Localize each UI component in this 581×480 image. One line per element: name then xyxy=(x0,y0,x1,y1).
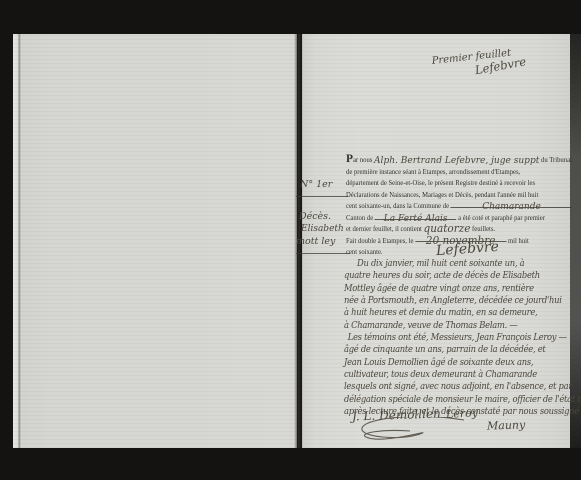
act-line: Les témoins ont été, Messieurs, Jean Fra… xyxy=(344,332,569,344)
preamble-text: a été coté et paraphé par premier xyxy=(458,214,545,222)
preamble-text: Canton de xyxy=(346,214,373,222)
margin-name-line1: Elisabeth xyxy=(301,224,344,234)
preamble-text: et dernier feuillet, il contient xyxy=(346,225,422,233)
act-line: lesquels ont signé, avec nous adjoint, e… xyxy=(344,381,569,393)
act-line: à huit heures et demie du matin, en sa d… xyxy=(344,307,569,319)
act-line: âgé de cinquante un ans, parrain de la d… xyxy=(344,344,569,356)
margin-name-line2: mott ley xyxy=(296,236,335,247)
act-line: Jean Louis Demollien âgé de soixante deu… xyxy=(344,357,569,369)
preamble-text: Fait double à Etampes, le xyxy=(346,237,413,245)
canton-handwritten: La Ferté Alais xyxy=(375,219,457,220)
act-line: cultivateur, tous deux demeurant à Chama… xyxy=(344,369,569,381)
margin-underline xyxy=(296,196,348,197)
preamble-text: cent soixante-un, dans la Commune de xyxy=(346,202,449,210)
preamble-line: cent soixante-un, dans la Commune de Cha… xyxy=(346,201,570,213)
officer-signature-mauny: Mauny xyxy=(487,418,526,432)
preamble-line: de première instance séant à Etampes, ar… xyxy=(346,167,570,179)
act-line: à Chamarande, veuve de Thomas Belam. — xyxy=(344,320,569,332)
preamble-text: feuillets. xyxy=(472,225,495,233)
act-line: Du dix janvier, mil huit cent soixante u… xyxy=(344,258,569,270)
judge-name-handwritten: Alph. Bertrand Lefebvre, juge suppt xyxy=(374,155,539,166)
commune-handwritten: Chamarande xyxy=(451,207,573,208)
preamble-line: Par nous Alph. Bertrand Lefebvre, juge s… xyxy=(346,153,570,167)
death-act-body: Du dix janvier, mil huit cent soixante u… xyxy=(344,258,569,418)
register-scan-photo: TIMBRE IMPERIAL 70 Premier feuillet Lefe… xyxy=(0,0,581,480)
preamble-text: du Tribunal xyxy=(541,156,572,164)
act-line: quatre heures du soir, acte de décès de … xyxy=(344,270,569,282)
blank-left-page xyxy=(13,34,297,448)
act-line: Mottley âgée de quatre vingt onze ans, r… xyxy=(344,283,569,295)
signature-flourish xyxy=(352,417,470,445)
margin-act-number: N° 1er xyxy=(300,179,332,190)
act-line: délégation spéciale de monsieur le maire… xyxy=(344,394,569,406)
preamble-line: Déclarations de Naissances, Mariages et … xyxy=(346,190,570,202)
margin-underline xyxy=(296,253,350,254)
preamble-text: mil huit xyxy=(508,237,529,245)
act-line: née à Portsmouth, en Angleterre, décédée… xyxy=(344,295,569,307)
preamble-line: département de Seine-et-Oise, le présent… xyxy=(346,178,570,190)
margin-deces-label: Décès. xyxy=(299,211,331,222)
preamble-text: Par nous xyxy=(346,153,372,167)
